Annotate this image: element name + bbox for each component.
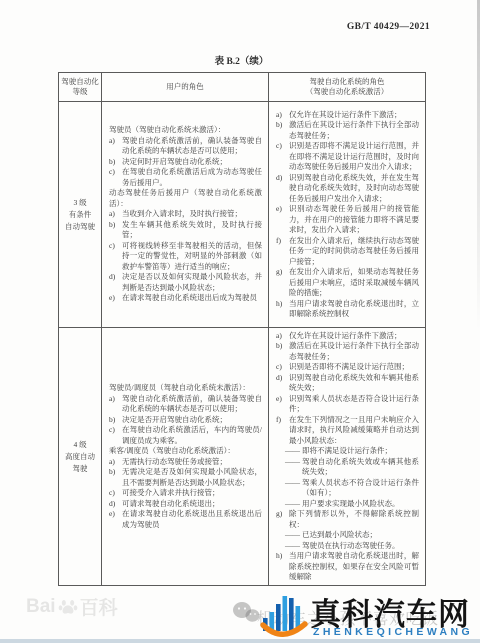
item-label: f) [276, 415, 289, 447]
item-text: 识别驾驶自动化系统失效，并在发生驾驶自动化系统失效时，及时向动态驾驶任务后援用户… [289, 173, 419, 205]
item-text: 识别驾乘人员状态是否符合设计运行条件； [289, 394, 419, 415]
item-text: 在发生下列情况之一且用户未响应介入请求时，执行风险减缓策略并自动达到最小风险状态… [289, 415, 419, 447]
list-item: 动态驾驶任务后援用户（驾驶自动化系统激活）： [109, 188, 262, 209]
baidu-watermark-text-left: Bai [26, 596, 56, 618]
item-label: a) [109, 209, 122, 220]
list-item: 驾驶员（驾驶自动化系统未激活）： [109, 125, 262, 136]
item-text: 决定是否开启驾驶自动化系统； [122, 415, 262, 426]
item-text: 当用户请求驾驶自动化系统退出时，解除系统控制权，如果存在安全风险可暂缓解除 [289, 551, 419, 583]
cell-line: 用户的角色 [102, 82, 268, 92]
cell-line: 自动驾驶 [59, 221, 101, 233]
item-label: e) [276, 394, 289, 415]
item-label: —— [285, 530, 302, 541]
item-text: 决定是否以及如何实现最小风险状态，并判断是否达到最小风险状态； [122, 272, 262, 293]
item-label: c) [109, 425, 122, 446]
table-title: 表 B.2（续） [58, 53, 425, 67]
item-label: —— [285, 478, 302, 499]
table-header-row: 驾驶自动化 等级 用户的角色 驾驶自动化系统的角色 （驾驶自动化系统激活） [59, 73, 426, 102]
item-text: 无需决定是否及如何实现最小风险状态，且不需要判断是否达到最小风险状态； [122, 467, 262, 488]
item-label: b) [109, 467, 122, 488]
item-text: 驾驶自动化系统激活前，确认装备驾驶自动化系统的车辆状态是否可以使用； [122, 136, 262, 157]
building-logo-icon [260, 592, 308, 643]
list-item: e) 在请求驾驶自动化系统退出且系统退出后成为驾驶员 [109, 509, 262, 530]
item-label: —— [285, 541, 302, 552]
list-item: a) 仅允许在其设计运行条件下激活； [276, 110, 419, 121]
logo-bars [263, 596, 300, 631]
item-text: 用户要求实现最小风险状态。 [302, 499, 419, 510]
header-cell-user-role: 用户的角色 [102, 73, 269, 102]
list-item: b) 激活后在其设计运行条件下执行全部动态驾驶任务； [276, 120, 419, 141]
item-text: 除下列情形以外，不得解除系统控制权： [289, 509, 419, 530]
item-text: 在发出介入请求后，继续执行动态驾驶任务一定的时间供动态驾驶任务后援用户接管； [289, 236, 419, 268]
list-item: c) 识别是否即将不满足设计运行范围； [276, 362, 419, 373]
list-item: a) 当收到介入请求时，及时执行接管； [109, 209, 262, 220]
item-text: 驾驶员/调度员（驾驶自动化系统未激活）： [109, 383, 262, 394]
list-item: a) 驾驶自动化系统激活前，确认装备驾驶自动化系统的车辆状态是否可以使用； [109, 394, 262, 415]
list-item: c) 识别是否即将不满足设计运行范围，并在即将不满足设计运行范围时，及时向动态驾… [276, 141, 419, 173]
list-item: —— 驾乘人员状态不符合设计运行条件（如有）； [285, 478, 419, 499]
header-cell-level: 驾驶自动化 等级 [59, 73, 102, 102]
baidu-watermark-text-right: 百科 [80, 593, 118, 620]
list-item: a) 仅允许在其设计运行条件下激活； [276, 331, 419, 342]
cell-line: 驾驶自动化系统的角色 [269, 77, 425, 87]
header-cell-system-role: 驾驶自动化系统的角色 （驾驶自动化系统激活） [269, 73, 426, 102]
item-label: b) [276, 120, 289, 141]
item-text: 可将视线转移至非驾驶相关的活动，但保持一定的警觉性，对明显的外部刺激（如救护车警… [122, 241, 262, 273]
list-item: e) 识别动态驾驶任务后援用户的接管能力，并在用户的接管能力即将不满足要求时，发… [276, 204, 419, 236]
item-text: 决定何时开启驾驶自动化系统； [122, 157, 262, 168]
item-text: 驾驶员在执行动态驾驶任务。 [302, 541, 419, 552]
item-text: 已达到最小风险状态； [302, 530, 419, 541]
bottom-edge-strip [0, 639, 480, 643]
item-label: d) [109, 272, 122, 293]
item-text: 激活后在其设计运行条件下执行全部动态驾驶任务； [289, 341, 419, 362]
list-item: b) 决定何时开启驾驶自动化系统； [109, 157, 262, 168]
list-item: f) 在发生下列情况之一且用户未响应介入请求时，执行风险减缓策略并自动达到最小风… [276, 415, 419, 447]
cell-line: 3 级 [59, 197, 101, 209]
list-item: g) 除下列情形以外，不得解除系统控制权： [276, 509, 419, 530]
list-item: c) 在驾驶自动化系统激活后，车内的驾驶员/调度员成为乘客。 [109, 425, 262, 446]
item-text: 识别是否即将不满足设计运行范围； [289, 362, 419, 373]
item-label: a) [109, 136, 122, 157]
list-item: c) 在驾驶自动化系统激活后成为动态驾驶任务后援用户。 [109, 167, 262, 188]
list-item: —— 已达到最小风险状态； [285, 530, 419, 541]
list-item: c) 可接受介入请求并执行接管； [109, 488, 262, 499]
item-text: 驾驶自动化系统失效或车辆其他系统失效； [302, 457, 419, 478]
list-item: 乘客/调度员（驾驶自动化系统激活）： [109, 446, 262, 457]
item-text: 动态驾驶任务后援用户（驾驶自动化系统激活）： [109, 188, 262, 209]
level3-label-cell: 3 级 有条件 自动驾驶 [59, 102, 102, 328]
item-label: a) [276, 331, 289, 342]
baidu-paw-icon [58, 597, 78, 617]
list-item: h) 当用户请求驾驶自动化系统退出时，立即解除系统控制权 [276, 299, 419, 320]
list-item: a) 驾驶自动化系统激活前，确认装备驾驶自动化系统的车辆状态是否可以使用； [109, 136, 262, 157]
item-text: 激活后在其设计运行条件下执行全部动态驾驶任务； [289, 120, 419, 141]
item-label: h) [276, 299, 289, 320]
item-text: 当收到介入请求时，及时执行接管； [122, 209, 262, 220]
list-item: 驾驶员/调度员（驾驶自动化系统未激活）： [109, 383, 262, 394]
level3-system-role-cell: a) 仅允许在其设计运行条件下激活； b) 激活后在其设计运行条件下执行全部动态… [269, 102, 426, 328]
table-row-level3: 3 级 有条件 自动驾驶 驾驶员（驾驶自动化系统未激活）： a) 驾驶自动化系统… [59, 102, 426, 328]
list-item: —— 用户要求实现最小风险状态。 [285, 499, 419, 510]
cell-line: （驾驶自动化系统激活） [269, 87, 425, 97]
item-text: 在请求驾驶自动化系统退出且系统退出后成为驾驶员 [122, 509, 262, 530]
item-label: d) [276, 373, 289, 394]
item-text: 在驾驶自动化系统激活后成为动态驾驶任务后援用户。 [122, 167, 262, 188]
item-label: e) [109, 509, 122, 530]
list-item: a) 无需执行动态驾驶任务或接管； [109, 457, 262, 468]
list-item: b) 激活后在其设计运行条件下执行全部动态驾驶任务； [276, 341, 419, 362]
item-text: 仅允许在其设计运行条件下激活； [289, 331, 419, 342]
item-text: 在发出介入请求后，如果动态驾驶任务后援用户未响应，适时采取减缓车辆风险的措施； [289, 267, 419, 299]
table-row-level4: 4 级 高度自动 驾驶 驾驶员/调度员（驾驶自动化系统未激活）： a) 驾驶自动… [59, 328, 426, 586]
item-label: b) [109, 415, 122, 426]
automation-levels-table: 驾驶自动化 等级 用户的角色 驾驶自动化系统的角色 （驾驶自动化系统激活） 3 … [58, 72, 426, 586]
list-item: d) 可请求驾驶自动化系统退出； [109, 499, 262, 510]
level4-label-cell: 4 级 高度自动 驾驶 [59, 328, 102, 586]
cell-line: 有条件 [59, 209, 101, 221]
list-item: d) 识别驾驶自动化系统失效，并在发生驾驶自动化系统失效时，及时向动态驾驶任务后… [276, 173, 419, 205]
list-item: h) 当用户请求驾驶自动化系统退出时，解除系统控制权，如果存在安全风险可暂缓解除 [276, 551, 419, 583]
level4-user-role-cell: 驾驶员/调度员（驾驶自动化系统未激活）： a) 驾驶自动化系统激活前，确认装备驾… [102, 328, 269, 586]
item-text: 乘客/调度员（驾驶自动化系统激活）： [109, 446, 262, 457]
item-text: 在请求驾驶自动化系统退出后成为驾驶员 [122, 293, 262, 304]
item-text: 即将不满足设计运行条件； [302, 446, 419, 457]
item-label: b) [276, 341, 289, 362]
item-label: —— [285, 457, 302, 478]
cell-line: 4 级 [59, 439, 101, 451]
cell-line: 驾驶自动化 [59, 77, 101, 87]
item-label: —— [285, 446, 302, 457]
item-label: e) [276, 204, 289, 236]
item-text: 驾驶自动化系统激活前，确认装备驾驶自动化系统的车辆状态是否可以使用； [122, 394, 262, 415]
list-item: b) 无需决定是否及如何实现最小风险状态，且不需要判断是否达到最小风险状态； [109, 467, 262, 488]
list-item: f) 在发出介入请求后，继续执行动态驾驶任务一定的时间供动态驾驶任务后援用户接管… [276, 236, 419, 268]
cell-line: 等级 [59, 87, 101, 97]
item-text: 发生车辆其他系统失效时，及时执行接管； [122, 220, 262, 241]
list-item: d) 决定是否以及如何实现最小风险状态，并判断是否达到最小风险状态； [109, 272, 262, 293]
list-item: —— 驾驶员在执行动态驾驶任务。 [285, 541, 419, 552]
item-text: 可接受介入请求并执行接管； [122, 488, 262, 499]
list-item: —— 驾驶自动化系统失效或车辆其他系统失效； [285, 457, 419, 478]
scanned-standard-page: GB/T 40429—2021 表 B.2（续） 驾驶自动化 等级 用户的角色 … [0, 0, 480, 643]
item-label: e) [109, 293, 122, 304]
level4-system-role-cell: a) 仅允许在其设计运行条件下激活； b) 激活后在其设计运行条件下执行全部动态… [269, 328, 426, 586]
list-item: b) 决定是否开启驾驶自动化系统； [109, 415, 262, 426]
cell-line: 高度自动 [59, 451, 101, 463]
item-label: a) [109, 394, 122, 415]
list-item: d) 识别驾驶自动化系统失效和车辆其他系统失效； [276, 373, 419, 394]
level3-user-role-cell: 驾驶员（驾驶自动化系统未激活）： a) 驾驶自动化系统激活前，确认装备驾驶自动化… [102, 102, 269, 328]
item-text: 在驾驶自动化系统激活后，车内的驾驶员/调度员成为乘客。 [122, 425, 262, 446]
item-text: 仅允许在其设计运行条件下激活； [289, 110, 419, 121]
baidu-baike-watermark: Bai 百科 [26, 593, 118, 620]
item-label: —— [285, 499, 302, 510]
item-text: 驾驶员（驾驶自动化系统未激活）： [109, 125, 262, 136]
standard-number: GB/T 40429—2021 [347, 22, 430, 32]
item-label: a) [109, 457, 122, 468]
item-label: g) [276, 267, 289, 299]
item-text: 可请求驾驶自动化系统退出； [122, 499, 262, 510]
item-label: d) [109, 499, 122, 510]
item-label: c) [276, 141, 289, 173]
item-label: c) [109, 167, 122, 188]
list-item: e) 在请求驾驶自动化系统退出后成为驾驶员 [109, 293, 262, 304]
list-item: b) 发生车辆其他系统失效时，及时执行接管； [109, 220, 262, 241]
item-text: 识别是否即将不满足设计运行范围，并在即将不满足设计运行范围时，及时向动态驾驶任务… [289, 141, 419, 173]
list-item: e) 识别驾乘人员状态是否符合设计运行条件； [276, 394, 419, 415]
item-label: f) [276, 236, 289, 268]
item-label: d) [276, 173, 289, 205]
item-label: c) [109, 241, 122, 273]
cell-line: 驾驶 [59, 463, 101, 475]
item-text: 无需执行动态驾驶任务或接管； [122, 457, 262, 468]
list-item: c) 可将视线转移至非驾驶相关的活动，但保持一定的警觉性，对明显的外部刺激（如救… [109, 241, 262, 273]
item-text: 驾乘人员状态不符合设计运行条件（如有）； [302, 478, 419, 499]
item-text: 识别动态驾驶任务后援用户的接管能力，并在用户的接管能力即将不满足要求时，发出介入… [289, 204, 419, 236]
item-label: h) [276, 551, 289, 583]
item-label: b) [109, 157, 122, 168]
item-label: c) [276, 362, 289, 373]
list-item: —— 即将不满足设计运行条件； [285, 446, 419, 457]
list-item: g) 在发出介入请求后，如果动态驾驶任务后援用户未响应，适时采取减缓车辆风险的措… [276, 267, 419, 299]
site-name-latin: ZHENKEQICHEWANG [313, 626, 473, 638]
item-label: b) [109, 220, 122, 241]
item-label: g) [276, 509, 289, 530]
item-label: a) [276, 110, 289, 121]
item-text: 当用户请求驾驶自动化系统退出时，立即解除系统控制权 [289, 299, 419, 320]
item-label: c) [109, 488, 122, 499]
item-text: 识别驾驶自动化系统失效和车辆其他系统失效； [289, 373, 419, 394]
